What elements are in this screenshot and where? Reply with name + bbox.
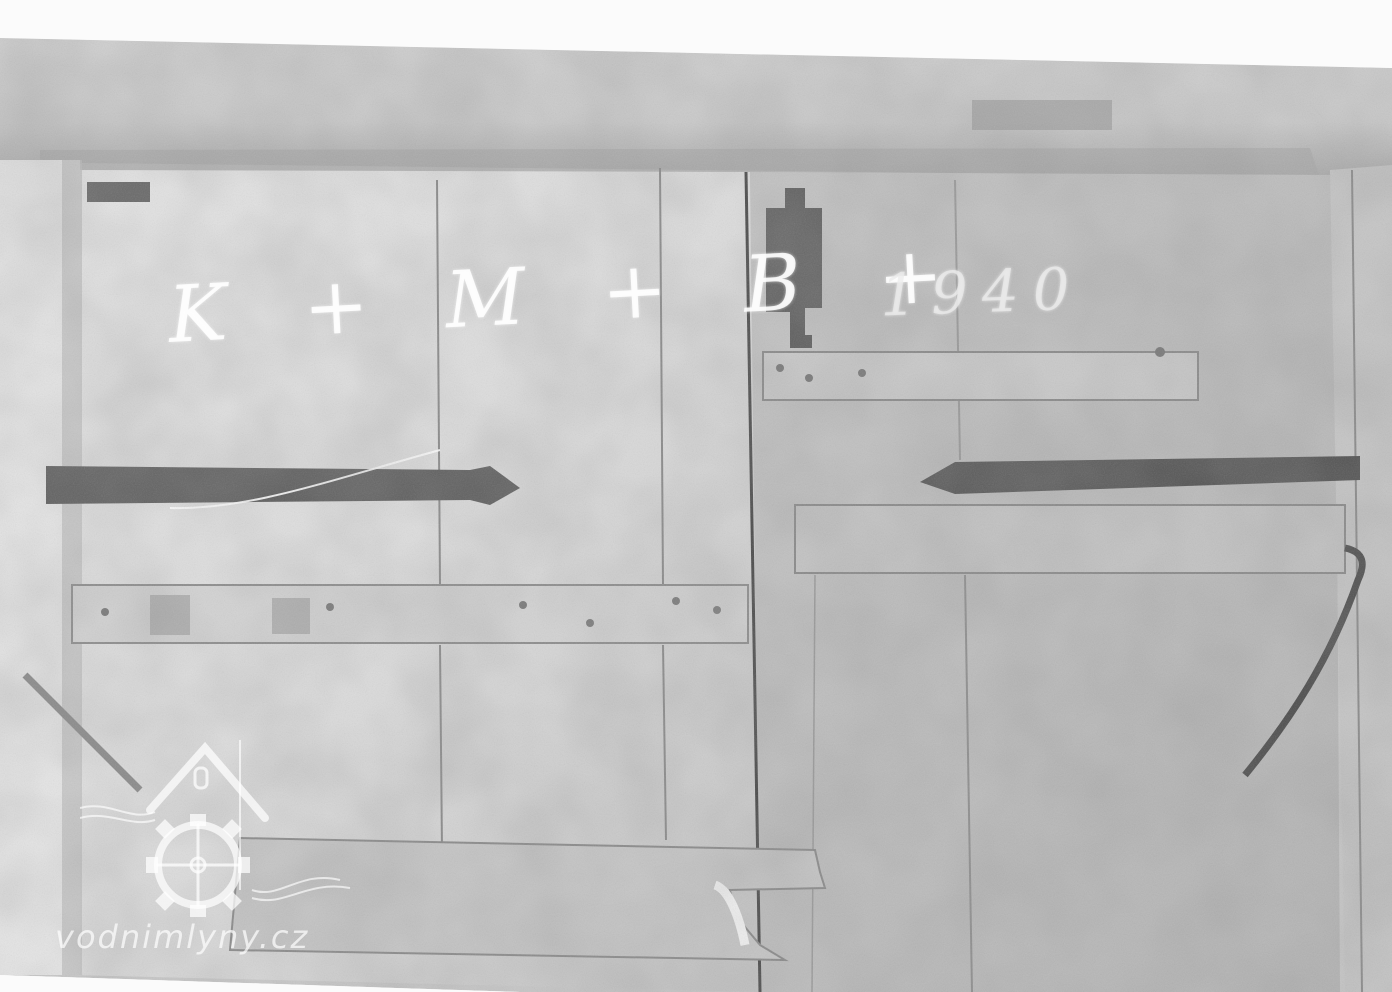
watermark-text: vodnimlyny.cz [55,918,309,956]
chalk-inscription-year: 1940 [879,254,1085,329]
mill-house-water-wheel-icon [80,730,380,930]
